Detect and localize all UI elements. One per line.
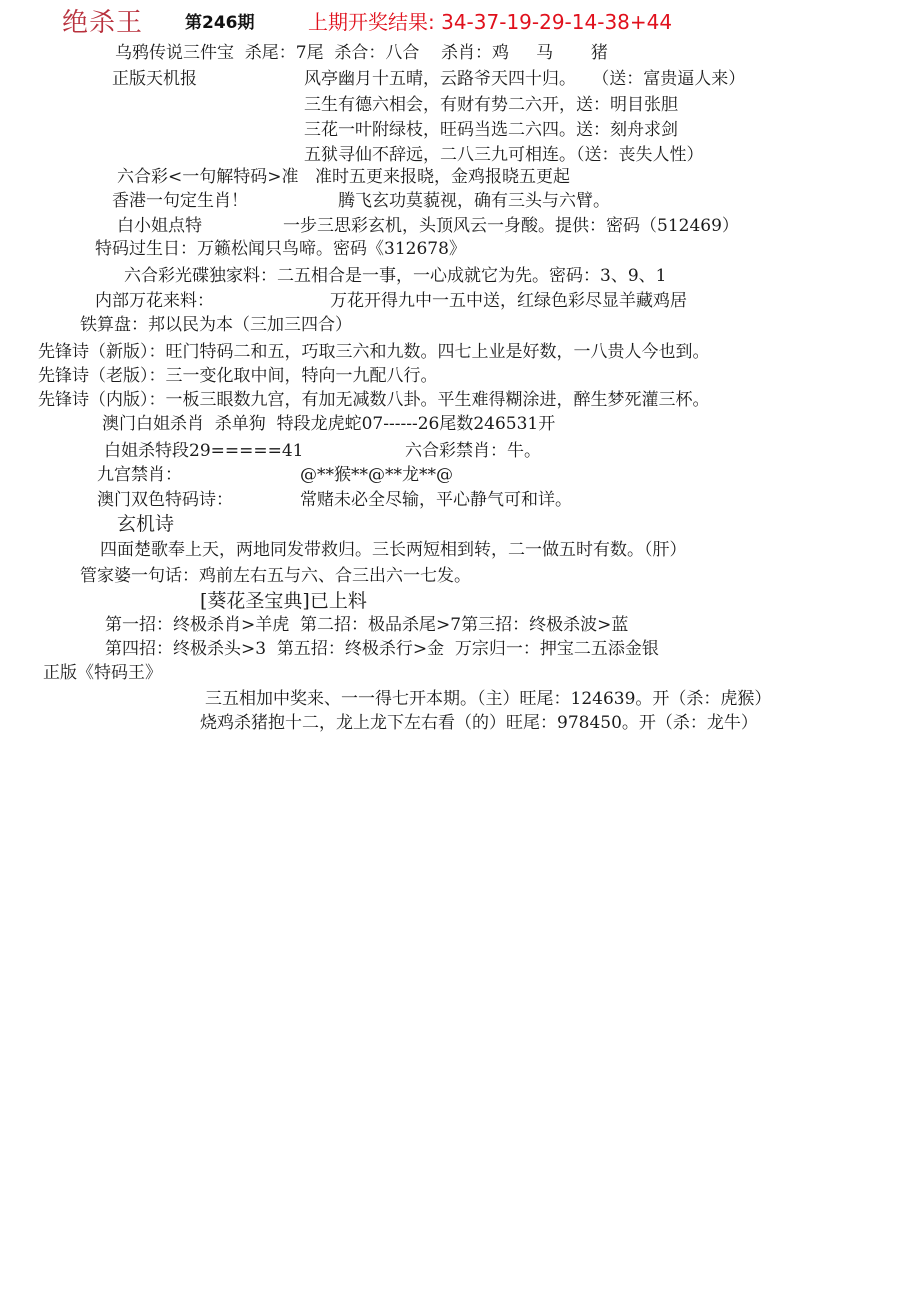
text-line: 六合彩光碟独家料：二五相合是一事，一心成就它为先。密码：3、9、1 (124, 265, 666, 287)
text-line: 风亭幽月十五晴，云路爷天四十归。 （送：富贵逼人来） (304, 68, 745, 90)
text-line: 先锋诗（老版）：三一变化取中间，特向一九配八行。 (38, 365, 438, 387)
text-line: 玄机诗 (117, 513, 174, 535)
last-result-numbers: 34-37-19-29-14-38+44 (441, 10, 672, 34)
text-line: 五狱寻仙不辞远，二八三九可相连。（送：丧失人性） (304, 144, 704, 166)
text-line: 澳门双色特码诗： (97, 489, 233, 511)
text-line: 烧鸡杀猪抱十二，龙上龙下左右看（的）旺尾：978450。开（杀：龙牛） (200, 712, 758, 734)
issue-number: 第246期 (185, 8, 255, 33)
text-line: 正版天机报 (112, 68, 197, 90)
text-line: 四面楚歌奉上天，两地同发带救归。三长两短相到转，二一做五时有数。（肝） (100, 539, 687, 561)
text-line: 铁算盘：邦以民为本（三加三四合） (80, 314, 352, 336)
text-line: 常赌未必全尽输，平心静气可和详。 (300, 489, 572, 511)
text-line: 内部万花来料： (95, 290, 214, 312)
text-line: @**猴**@**龙**@ (300, 464, 453, 486)
text-line: 万花开得九中一五中送，红绿色彩尽显羊藏鸡居 (330, 290, 687, 312)
text-line: 白小姐点特 (117, 215, 202, 237)
text-line: 一步三思彩玄机，头顶风云一身酸。提供：密码（512469） (283, 215, 739, 237)
text-line: 澳门白姐杀肖 杀单狗 特段龙虎蛇07------26尾数246531开 (102, 413, 555, 435)
text-line: 特码过生日：万籁松闻只鸟啼。密码《312678》 (95, 238, 466, 260)
text-line: [葵花圣宝典]已上料 (200, 590, 367, 612)
text-line: 三花一叶附绿枝，旺码当选二六四。送：刻舟求剑 (304, 119, 678, 141)
last-result-label: 上期开奖结果: (308, 10, 435, 34)
text-line: 先锋诗（内版）：一板三眼数九宫，有加无减数八卦。平生难得糊涂进，醉生梦死灌三杯。 (38, 389, 710, 411)
text-line: 香港一句定生肖！ (112, 190, 248, 212)
text-line: 腾飞玄功莫藐视，确有三头与六臂。 (338, 190, 610, 212)
text-line: 乌鸦传说三件宝 杀尾：7尾 杀合：八合 杀肖：鸡 马 猪 (115, 42, 608, 64)
text-line: 六合彩禁肖：牛。 (405, 440, 541, 462)
text-line: 六合彩<一句解特码>准 (117, 166, 299, 188)
text-line: 三生有德六相会，有财有势二六开，送：明目张胆 (304, 94, 678, 116)
text-line: 白姐杀特段29=====41 (104, 440, 303, 462)
text-line: 九宫禁肖： (97, 464, 182, 486)
text-line: 先锋诗（新版）：旺门特码二和五，巧取三六和九数。四七上业是好数，一八贵人今也到。 (38, 341, 710, 363)
text-line: 管家婆一句话：鸡前左右五与六、合三出六一七发。 (80, 565, 471, 587)
last-result: 上期开奖结果: 34-37-19-29-14-38+44 (308, 6, 672, 35)
header-brand: 绝杀王 (62, 2, 143, 39)
text-line: 准时五更来报晓，金鸡报晓五更起 (315, 166, 570, 188)
text-line: 第四招：终极杀头>3 第五招：终极杀行>金 万宗归一：押宝二五添金银 (105, 638, 659, 660)
text-line: 三五相加中奖来、一一得七开本期。（主）旺尾：124639。开（杀：虎猴） (205, 688, 771, 710)
text-line: 第一招：终极杀肖>羊虎 第二招：极品杀尾>7第三招：终极杀波>蓝 (105, 614, 628, 636)
text-line: 正版《特码王》 (43, 662, 162, 684)
